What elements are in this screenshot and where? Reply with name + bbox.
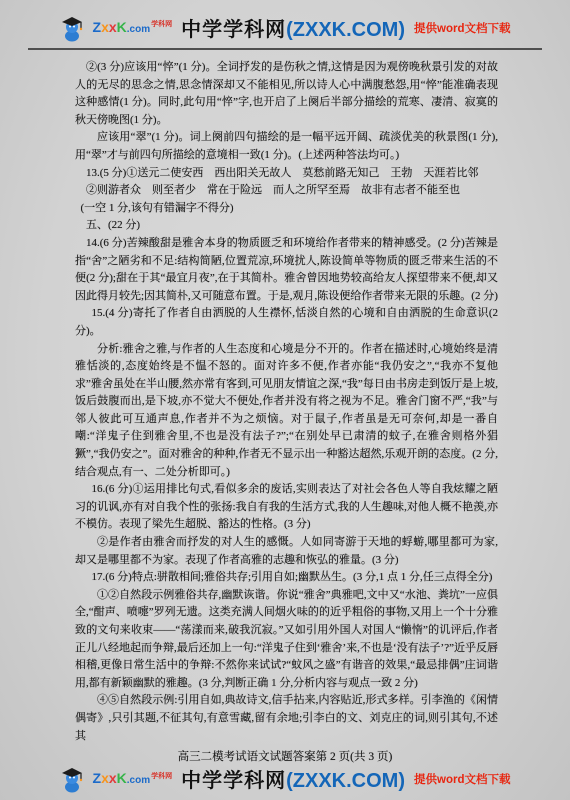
- site-logo: ZxxK.com学科网 中学学科网(ZXXK.COM) 提供word文档下载: [0, 13, 570, 42]
- answer-paragraph: 16.(6 分)①运用排比句式,看似多余的废话,实则表达了对社会各色人等自我炫耀…: [75, 481, 498, 534]
- answer-paragraph: ④⑤自然段示例:引用自如,典故诗文,信手拈来,内容贴近,形式多样。引李渔的《闲情…: [75, 692, 498, 745]
- site-header: ZxxK.com学科网 中学学科网(ZXXK.COM) 提供word文档下载: [0, 0, 570, 50]
- answer-paragraph: 14.(6 分)苦辣酸甜是雅舍本身的物质匮乏和环境给作者带来的精神感受。(2 分…: [75, 235, 498, 305]
- answer-paragraph: 17.(6 分)特点:骈散相间;雅俗共存;引用自如;幽默丛生。(3 分,1 点 …: [75, 569, 498, 587]
- answer-paragraph: 应该用“翠”(1 分)。词上阕前四句描绘的是一幅平远开阔、疏淡优美的秋景图(1 …: [75, 129, 498, 164]
- site-logo: ZxxK.com学科网 中学学科网(ZXXK.COM) 提供word文档下载: [0, 764, 570, 793]
- section-heading: 五、(22 分): [75, 217, 498, 235]
- answer-paragraph: 15.(4 分)寄托了作者自由洒脱的人生襟怀,恬淡自然的心境和自由洒脱的生命意识…: [75, 305, 498, 340]
- answer-paragraph: (一空 1 分,该句有错漏字不得分): [75, 200, 498, 218]
- answer-paragraph: ②(3 分)应该用“悴”(1 分)。全词抒发的是伤秋之情,这情是因为观傍晚秋景引…: [75, 59, 498, 129]
- answer-paragraph: ②则游者众 则至者少 常在于险远 而人之所罕至焉 故非有志者不能至也: [75, 182, 498, 200]
- zxxk-logo-text: ZxxK.com学科网: [93, 771, 173, 786]
- scanned-answer-page: ZxxK.com学科网 中学学科网(ZXXK.COM) 提供word文档下载 ②…: [0, 0, 570, 800]
- zxxk-logo-text: ZxxK.com学科网: [93, 20, 173, 35]
- zxxk-mascot-icon: [60, 765, 84, 793]
- site-title: 中学学科网(ZXXK.COM): [181, 764, 405, 793]
- answer-paragraph: ②是作者由雅舍而抒发的对人生的感慨。人如同寄游于天地的蜉蝣,哪里都可为家,却又是…: [75, 534, 498, 569]
- site-tagline: 提供word文档下载: [414, 20, 510, 36]
- site-footer: ZxxK.com学科网 中学学科网(ZXXK.COM) 提供word文档下载: [0, 764, 570, 800]
- zxxk-mascot-icon: [60, 14, 84, 42]
- answer-paragraph: 13.(5 分)①送元二使安西 西出阳关无故人 莫愁前路无知己 王勃 天涯若比邻: [75, 165, 498, 183]
- answer-paragraph: ①②自然段示例雅俗共存,幽默诙谐。你说“雅舍”典雅吧,文中又“水池、粪坑”一应俱…: [75, 587, 498, 693]
- answer-content: ②(3 分)应该用“悴”(1 分)。全词抒发的是伤秋之情,这情是因为观傍晚秋景引…: [0, 50, 570, 745]
- answer-paragraph: 分析:雅舍之雅,与作者的人生态度和心境是分不开的。作者在描述时,心境始终是清雅恬…: [75, 341, 498, 482]
- page-number-line: 高三二模考试语文试题答案第 2 页(共 3 页): [0, 748, 570, 764]
- site-tagline: 提供word文档下载: [414, 771, 510, 787]
- site-title: 中学学科网(ZXXK.COM): [181, 13, 405, 42]
